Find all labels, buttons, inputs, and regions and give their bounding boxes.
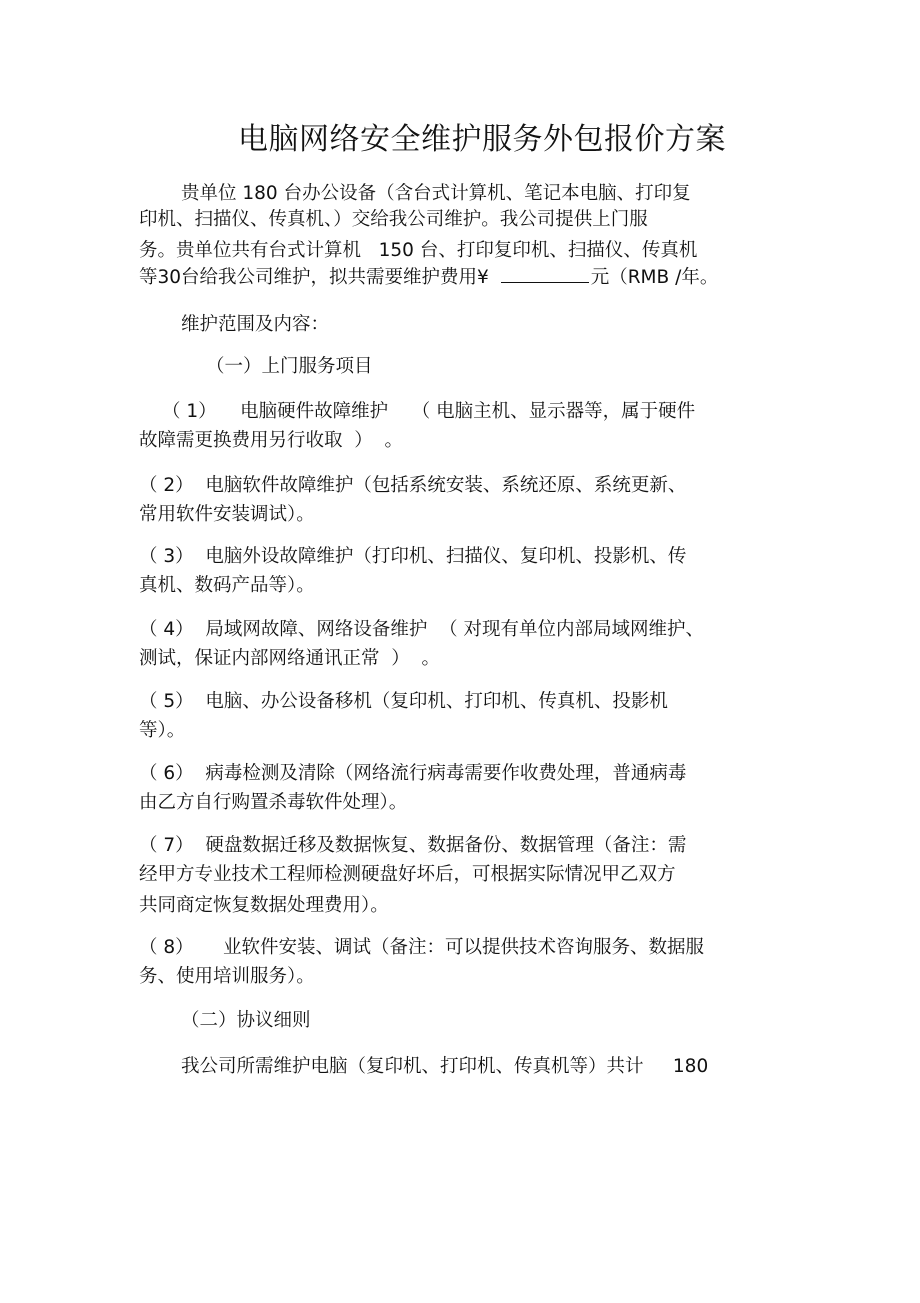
item-1-line-1: （ 1） 电脑硬件故障维护 （ 电脑主机、显示器等，属于硬件 [162,400,695,424]
intro-line-1: 贵单位 180 台办公设备（含台式计算机、笔记本电脑、打印复 [181,182,691,206]
item-5-line-1: （ 5） 电脑、办公设备移机（复印机、打印机、传真机、投影机 [139,690,668,714]
final-line: 我公司所需维护电脑（复印机、打印机、传真机等）共计 180 [181,1055,708,1079]
item-2-line-1: （ 2） 电脑软件故障维护（包括系统安装、系统还原、系统更新、 [139,474,686,498]
item-4-line-1: （ 4） 局域网故障、网络设备维护 （ 对现有单位内部局域网维护、 [139,618,704,642]
intro-line-2: 印机、扫描仪、传真机、）交给我公司维护。我公司提供上门服 [139,208,648,232]
item-7-line-2: 经甲方专业技术工程师检测硬盘好坏后，可根据实际情况甲乙双方 [139,863,676,887]
intro-line-4-tail: 元（RMB /年。 [591,267,719,288]
intro-line-3: 务。贵单位共有台式计算机 150 台、打印复印机、扫描仪、传真机 [139,239,697,263]
item-5-line-2: 等）。 [139,719,185,743]
item-8-line-1: （ 8） 业软件安装、调试（备注：可以提供技术咨询服务、数据服 [139,936,704,960]
item-6-line-1: （ 6） 病毒检测及清除（网络流行病毒需要作收费处理，普通病毒 [139,762,686,786]
intro-line-4: 等30台给我公司维护，拟共需要维护费用¥ 元（RMB /年。 [139,266,718,290]
item-6-line-2: 由乙方自行购置杀毒软件处理）。 [139,791,407,815]
item-8-line-2: 务、使用培训服务）。 [139,965,315,989]
item-3-line-2: 真机、数码产品等）。 [139,574,315,598]
fee-blank [501,266,589,283]
item-4-line-2: 测试，保证内部网络通讯正常 ） 。 [139,647,440,671]
scope-heading: 维护范围及内容： [181,313,329,337]
item-2-line-2: 常用软件安装调试）。 [139,503,315,527]
section-1-heading: （一）上门服务项目 [206,355,373,379]
item-7-line-1: （ 7） 硬盘数据迁移及数据恢复、数据备份、数据管理（备注：需 [139,834,686,858]
document-title: 电脑网络安全维护服务外包报价方案 [238,120,726,160]
section-2-heading: （二）协议细则 [181,1009,311,1033]
intro-line-4-text: 等30台给我公司维护，拟共需要维护费用¥ [139,267,495,288]
item-7-line-3: 共同商定恢复数据处理费用）。 [139,894,389,918]
item-1-line-2: 故障需更换费用另行收取 ） 。 [139,429,403,453]
item-3-line-1: （ 3） 电脑外设故障维护（打印机、扫描仪、复印机、投影机、传 [139,545,686,569]
